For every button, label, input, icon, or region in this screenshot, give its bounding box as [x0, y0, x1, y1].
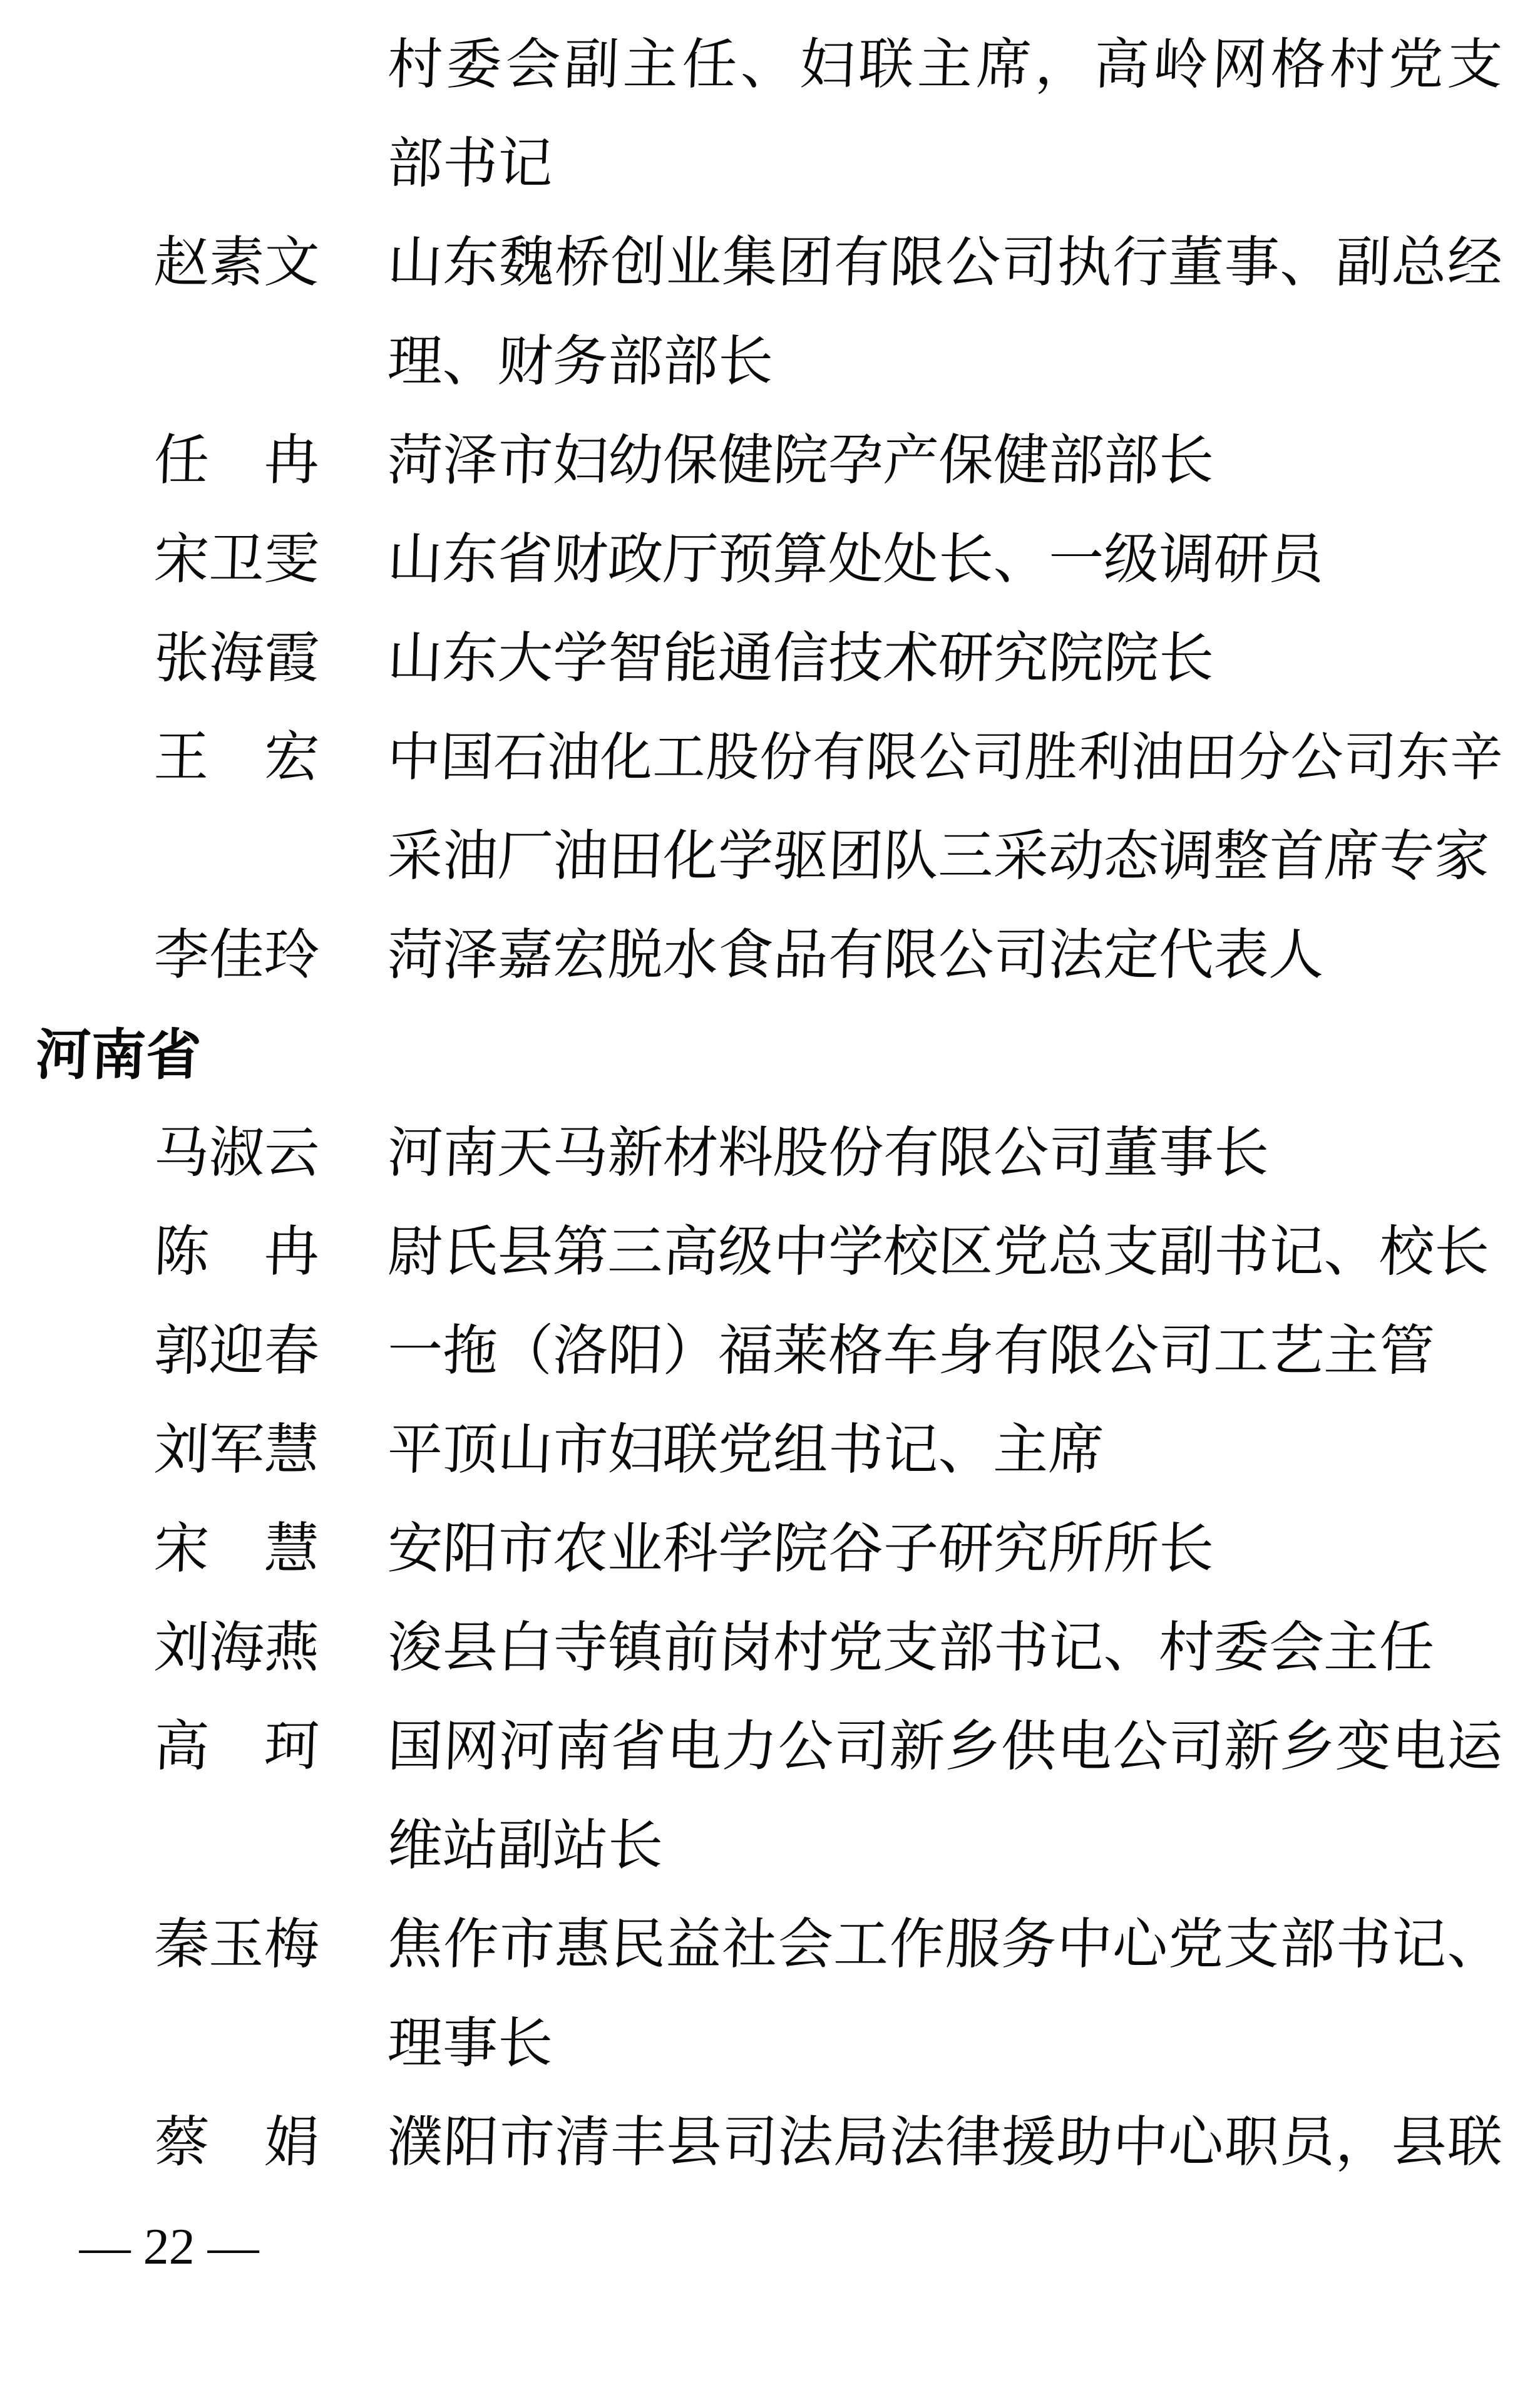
continuation-row: 理事长: [152, 1995, 1504, 2094]
person-position: 菏泽嘉宏脱水食品有限公司法定代表人: [386, 907, 1504, 1006]
person-name: 赵素文: [152, 214, 321, 313]
person-name: 张海霞: [152, 610, 321, 709]
person-position: 部书记: [386, 115, 1504, 214]
person-position: 山东魏桥创业集团有限公司执行董事、副总经: [386, 214, 1504, 313]
person-position: 浚县白寺镇前岗村党支部书记、村委会主任: [386, 1599, 1504, 1698]
person-name: 宋 慧: [152, 1500, 321, 1599]
person-position: 平顶山市妇联党组书记、主席: [386, 1401, 1504, 1500]
section-row: 河南省: [152, 1006, 1504, 1105]
person-name: 任 冉: [152, 412, 321, 511]
page-number: — 22 —: [78, 2215, 260, 2278]
entry-row: 陈 冉 尉氏县第三高级中学校区党总支副书记、校长: [152, 1204, 1504, 1302]
continuation-row: 部书记: [152, 115, 1504, 214]
person-name: 马淑云: [152, 1105, 321, 1204]
person-name: 李佳玲: [152, 907, 321, 1006]
person-name: 王 宏: [152, 709, 321, 808]
continuation-row: 维站副站长: [152, 1797, 1504, 1896]
person-position: 菏泽市妇幼保健院孕产保健部部长: [386, 412, 1504, 511]
person-name: 蔡 娟: [152, 2094, 321, 2193]
person-name: 高 珂: [152, 1698, 321, 1797]
entry-row: 刘海燕 浚县白寺镇前岗村党支部书记、村委会主任: [152, 1599, 1504, 1698]
entry-row: 赵素文 山东魏桥创业集团有限公司执行董事、副总经: [152, 214, 1504, 313]
entry-row: 刘军慧 平顶山市妇联党组书记、主席: [152, 1401, 1504, 1500]
entry-row: 蔡 娟 濮阳市清丰县司法局法律援助中心职员，县联: [152, 2094, 1504, 2193]
entry-row: 马淑云 河南天马新材料股份有限公司董事长: [152, 1105, 1504, 1204]
entry-row: 秦玉梅 焦作市惠民益社会工作服务中心党支部书记、: [152, 1896, 1504, 1995]
entry-row: 李佳玲 菏泽嘉宏脱水食品有限公司法定代表人: [152, 907, 1504, 1006]
person-name: 宋卫雯: [152, 511, 321, 610]
person-position: 濮阳市清丰县司法局法律援助中心职员，县联: [386, 2094, 1504, 2193]
entry-row: 宋卫雯 山东省财政厅预算处处长、一级调研员: [152, 511, 1504, 610]
person-position: 理、财务部部长: [386, 313, 1504, 412]
person-name: 陈 冉: [152, 1204, 321, 1302]
entry-row: 郭迎春 一拖（洛阳）福莱格车身有限公司工艺主管: [152, 1302, 1504, 1401]
person-name: 刘海燕: [152, 1599, 321, 1698]
person-position: 理事长: [386, 1995, 1504, 2094]
person-position: 一拖（洛阳）福莱格车身有限公司工艺主管: [386, 1302, 1504, 1401]
person-position: 河南天马新材料股份有限公司董事长: [386, 1105, 1504, 1204]
entry-row: 任 冉 菏泽市妇幼保健院孕产保健部部长: [152, 412, 1504, 511]
person-position: 尉氏县第三高级中学校区党总支副书记、校长: [386, 1204, 1504, 1302]
document-page: 村委会副主任、妇联主席，高岭网格村党支 部书记 赵素文 山东魏桥创业集团有限公司…: [0, 0, 1540, 2382]
entry-row: 宋 慧 安阳市农业科学院谷子研究所所长: [152, 1500, 1504, 1599]
continuation-row: 理、财务部部长: [152, 313, 1504, 412]
person-position: 国网河南省电力公司新乡供电公司新乡变电运: [386, 1698, 1504, 1797]
person-position: 中国石油化工股份有限公司胜利油田分公司东辛: [386, 709, 1504, 808]
person-name: 郭迎春: [152, 1302, 321, 1401]
continuation-row: 采油厂油田化学驱团队三采动态调整首席专家: [152, 808, 1504, 907]
person-position: 安阳市农业科学院谷子研究所所长: [386, 1500, 1504, 1599]
entry-row: 王 宏 中国石油化工股份有限公司胜利油田分公司东辛: [152, 709, 1504, 808]
person-position: 焦作市惠民益社会工作服务中心党支部书记、: [386, 1896, 1504, 1995]
continuation-row: 村委会副主任、妇联主席，高岭网格村党支: [152, 16, 1504, 115]
roster: 村委会副主任、妇联主席，高岭网格村党支 部书记 赵素文 山东魏桥创业集团有限公司…: [154, 16, 1502, 2193]
person-position: 村委会副主任、妇联主席，高岭网格村党支: [386, 16, 1504, 115]
person-name: 刘军慧: [152, 1401, 321, 1500]
person-position: 山东省财政厅预算处处长、一级调研员: [386, 511, 1504, 610]
person-name: 秦玉梅: [152, 1896, 321, 1995]
section-header: 河南省: [34, 1006, 203, 1105]
person-position: 采油厂油田化学驱团队三采动态调整首席专家: [386, 808, 1504, 907]
entry-row: 张海霞 山东大学智能通信技术研究院院长: [152, 610, 1504, 709]
entry-row: 高 珂 国网河南省电力公司新乡供电公司新乡变电运: [152, 1698, 1504, 1797]
person-position: 维站副站长: [386, 1797, 1504, 1896]
person-position: 山东大学智能通信技术研究院院长: [386, 610, 1504, 709]
